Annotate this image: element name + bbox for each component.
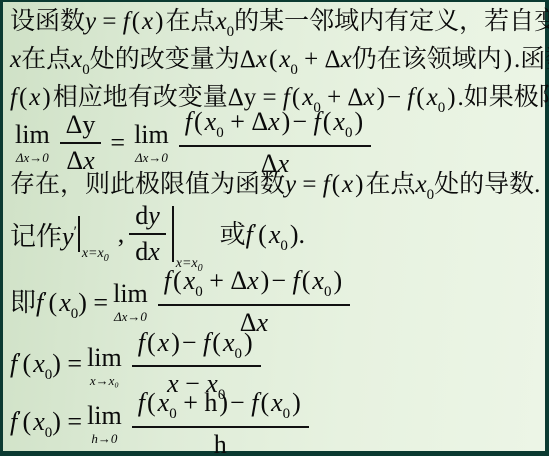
subscript: 0	[427, 187, 435, 203]
math-var: x	[29, 84, 40, 111]
formula-derivative-deltax: 即f′(x0) = lim Δx→0 f(x0 + Δx)− f(x0) Δx	[10, 270, 355, 334]
lhs: 即f′(x0) =	[10, 282, 108, 323]
lhs: f′(x0) =	[10, 349, 82, 384]
math-var: y	[85, 8, 96, 35]
math-var: x	[341, 46, 352, 73]
cjk-text: .函数	[514, 46, 549, 73]
paren: )	[504, 46, 512, 73]
math-var: x	[427, 84, 438, 111]
vertical-bar	[78, 216, 80, 252]
lim-operator: lim Δx→0	[15, 122, 50, 164]
prime-mark: ′	[17, 351, 20, 367]
delta-symbol: Δ	[240, 46, 256, 73]
cjk-text: 仍在该领域内	[352, 46, 502, 73]
math-var: x	[215, 8, 226, 35]
paren: (	[19, 84, 27, 111]
operator: =	[296, 171, 323, 198]
paren: )	[355, 171, 363, 198]
paren: )	[155, 8, 163, 35]
evaluation-bar: x=x0	[78, 216, 109, 252]
formula-limit-definition: lim Δx→0 Δy Δx = lim Δx→0 f(x0 + Δx)− f(…	[10, 112, 376, 174]
paren: )	[377, 84, 385, 111]
cjk-text: 处的导数.	[434, 171, 540, 198]
lim-operator: lim x→x₀	[87, 345, 122, 387]
cjk-text: 的某一邻域内有定义，若自变量	[234, 8, 549, 35]
formula-derivative-h: f′(x0) = lim h→0 f(x0 + h)− f(x0) h	[10, 394, 314, 454]
notation-line: 记作y′ x=x0 , dy dx x=x0 或f′(x0).	[10, 202, 307, 266]
prime-mark: ′	[43, 290, 46, 306]
lhs: f′(x0) =	[10, 407, 82, 442]
prime-mark: ′	[17, 409, 20, 425]
subscript: 0	[438, 100, 446, 116]
math-var: f	[10, 84, 17, 111]
fraction-difference-quotient: f(x0 + h)− f(x0) h	[132, 388, 309, 456]
cjk-text: 处的改变量为	[90, 46, 240, 73]
subscript: 0	[82, 62, 90, 78]
vertical-bar	[172, 206, 174, 262]
paren: )	[447, 84, 455, 111]
lim-operator: lim Δx→0	[113, 281, 148, 323]
operator: + Δ	[298, 46, 341, 73]
cjk-text: 设函数	[10, 8, 85, 35]
cjk-text: 存在，则此极限值为函数	[10, 171, 285, 198]
evaluation-bar: x=x0	[172, 206, 203, 262]
slide: 设函数y = f(x)在点x0的某一邻域内有定义，若自变量 x在点x0处的改变量…	[0, 0, 549, 456]
math-var: x	[71, 46, 82, 73]
math-var: x	[342, 171, 353, 198]
math-var: f	[123, 8, 130, 35]
bar-subscript: x=x0	[82, 246, 109, 264]
math-var: f	[323, 171, 330, 198]
math-var: x	[256, 46, 267, 73]
comma: ,	[118, 219, 125, 249]
paren: (	[269, 46, 277, 73]
fraction-dydx-leibniz: dy dx	[129, 201, 166, 267]
cjk-text: 在点	[21, 46, 71, 73]
math-var: y	[285, 171, 296, 198]
cjk-text: 在点	[165, 8, 215, 35]
math-var: x	[279, 46, 290, 73]
prime-mark: ′	[253, 222, 256, 238]
subscript: 0	[290, 62, 298, 78]
subscript: 0	[227, 24, 235, 40]
cjk-text: 在点	[365, 171, 415, 198]
math-var: x	[415, 171, 426, 198]
paren: (	[132, 8, 140, 35]
notation-suffix: 或f′(x0).	[220, 214, 307, 255]
cjk-text: .如果极限	[458, 84, 549, 111]
math-var: f	[407, 84, 414, 111]
math-var: x	[142, 8, 153, 35]
paren: (	[416, 84, 424, 111]
paren: (	[332, 171, 340, 198]
lim-operator: lim Δx→0	[134, 122, 169, 164]
lim-operator: lim h→0	[87, 403, 122, 445]
operator: −	[387, 84, 407, 111]
prime-mark: ′	[74, 224, 77, 240]
math-var: x	[10, 46, 21, 73]
equals-sign: =	[110, 128, 125, 158]
operator: =	[96, 8, 123, 35]
paren: )	[42, 84, 50, 111]
notation-prefix: 记作y′	[10, 216, 77, 253]
